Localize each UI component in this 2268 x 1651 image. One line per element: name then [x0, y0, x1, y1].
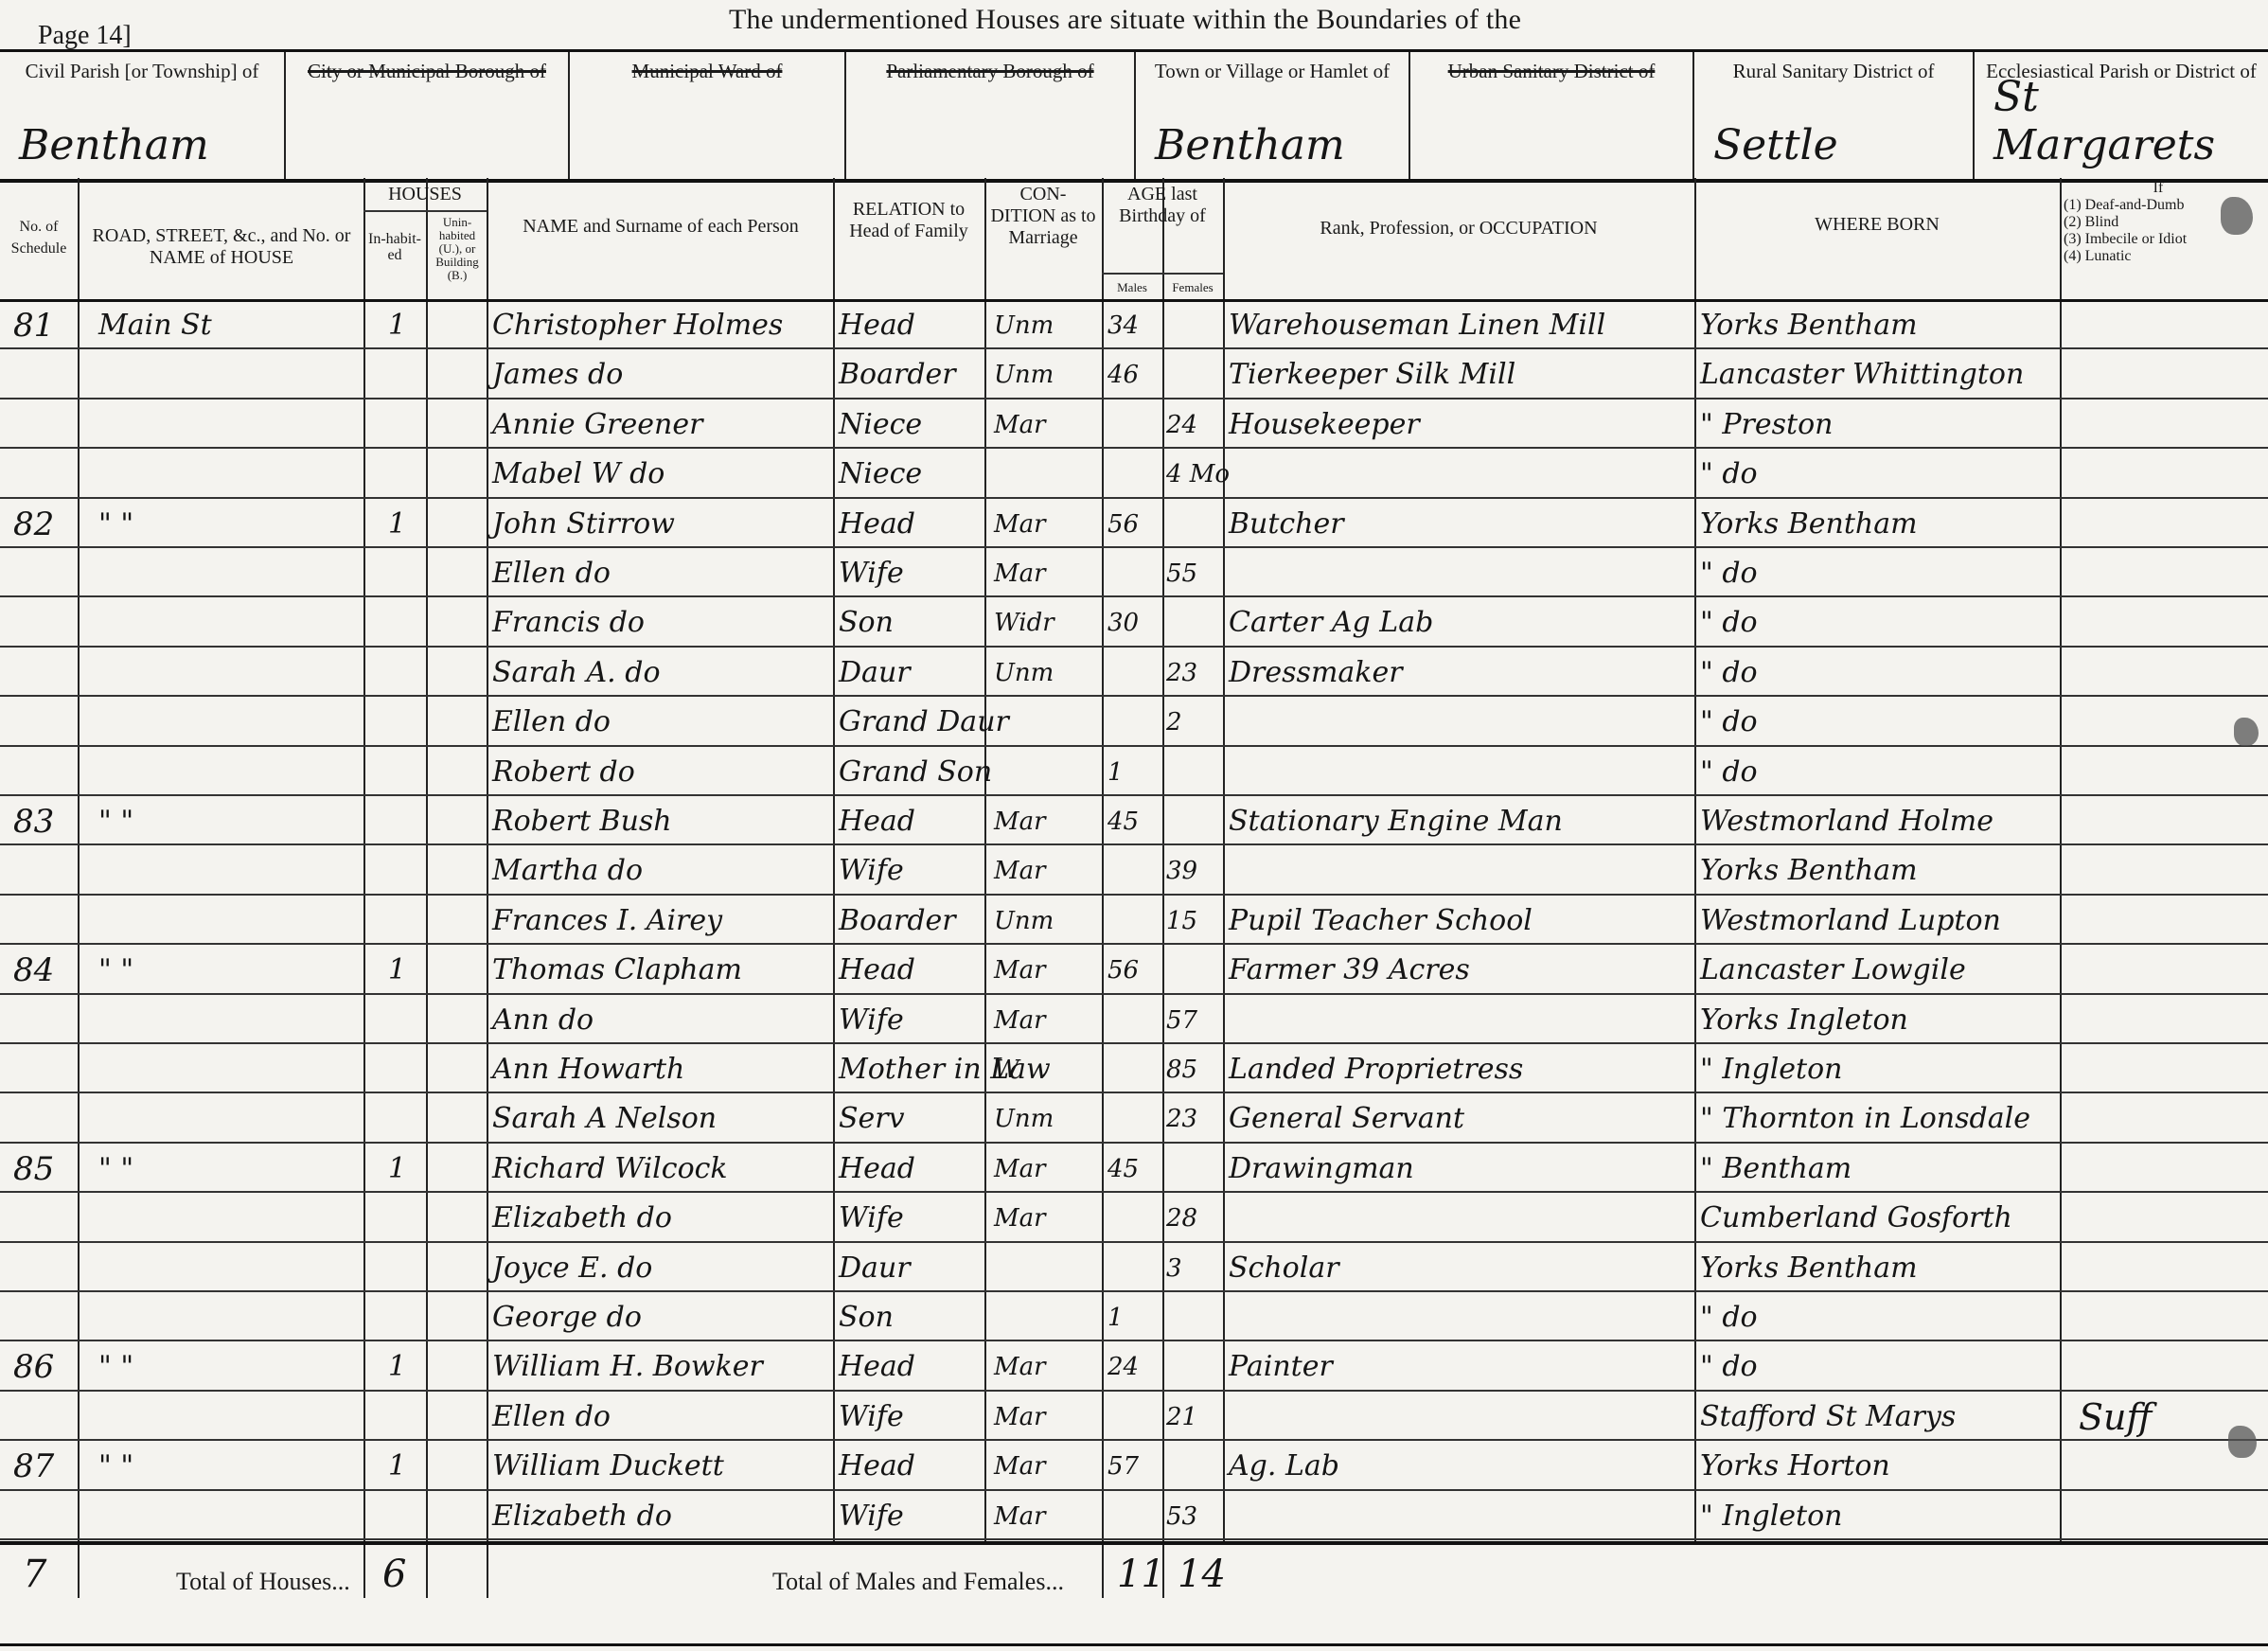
boundary-label: Civil Parish [or Township] of: [0, 60, 284, 82]
row-relation: Wife: [839, 1401, 904, 1433]
row-where-born: Yorks Ingleton: [1700, 1004, 1908, 1037]
table-row: Frances I. AireyBoarderUnm15Pupil Teache…: [0, 897, 2268, 947]
row-occupation: Landed Proprietress: [1229, 1054, 1523, 1086]
row-male-age: 1: [1107, 1302, 1124, 1334]
col-header-age: AGE last Birthday of: [1102, 184, 1223, 227]
row-condition: W: [994, 1054, 1019, 1086]
col-header-name: NAME and Surname of each Person: [492, 216, 829, 238]
boundary-parliamentary-borough: Parliamentary Borough of: [846, 52, 1136, 179]
row-male-age: 1: [1107, 756, 1124, 789]
row-where-born: Yorks Bentham: [1700, 855, 1918, 887]
row-name: William Duckett: [492, 1450, 724, 1482]
row-relation: Head: [839, 508, 915, 541]
table-row: 82" "1John StirrowHeadMar56ButcherYorks …: [0, 501, 2268, 550]
row-name: Elizabeth do: [492, 1500, 672, 1533]
row-male-age: 30: [1107, 607, 1139, 639]
row-rule: [0, 695, 2268, 697]
row-male-age: 57: [1107, 1450, 1139, 1482]
row-rule: [0, 595, 2268, 597]
infirmity-option: (3) Imbecile or Idiot: [2064, 231, 2253, 248]
row-relation: Boarder: [839, 359, 956, 391]
total-houses-label: Total of Houses...: [176, 1566, 350, 1598]
row-male-age: 24: [1107, 1351, 1139, 1383]
row-where-born: " do: [1700, 558, 1758, 590]
row-where-born: " do: [1700, 706, 1758, 738]
row-where-born: Yorks Bentham: [1700, 310, 1918, 342]
table-row: 83" "Robert BushHeadMar45Stationary Engi…: [0, 798, 2268, 847]
table-row: Ellen doWifeMar21Stafford St MarysSuff: [0, 1394, 2268, 1443]
table-row: James doBoarderUnm46Tierkeeper Silk Mill…: [0, 351, 2268, 400]
table-row: Ann HowarthMother in LawW85Landed Propri…: [0, 1046, 2268, 1095]
row-schedule: 81: [13, 310, 54, 342]
row-road: Main St: [98, 310, 212, 342]
row-relation: Son: [839, 607, 894, 639]
row-relation: Daur: [839, 657, 911, 689]
census-table: No. of Schedule ROAD, STREET, &c., and N…: [0, 178, 2268, 1598]
row-female-age: 15: [1166, 905, 1197, 937]
row-where-born: Westmorland Holme: [1700, 806, 1993, 838]
row-where-born: Lancaster Whittington: [1700, 359, 2024, 391]
row-relation: Daur: [839, 1252, 911, 1285]
totals-rule: [0, 1541, 2268, 1545]
row-occupation: Butcher: [1229, 508, 1344, 541]
row-where-born: " Preston: [1700, 409, 1833, 441]
row-name: Richard Wilcock: [492, 1153, 728, 1185]
row-rule: [0, 943, 2268, 945]
row-occupation: Tierkeeper Silk Mill: [1229, 359, 1515, 391]
row-name: George do: [492, 1302, 642, 1334]
col-header-condition: CON-DITION as to Marriage: [988, 184, 1098, 249]
page-label: Page 14]: [38, 21, 132, 51]
row-where-born: " Bentham: [1700, 1153, 1852, 1185]
ink-stain: [2228, 1426, 2257, 1458]
row-inhabited: 1: [388, 310, 406, 342]
row-name: Ann do: [492, 1004, 594, 1037]
boundary-label: Parliamentary Borough of: [846, 60, 1134, 82]
table-row: Sarah A. doDaurUnm23Dressmaker" do: [0, 649, 2268, 699]
row-male-age: 45: [1107, 806, 1139, 838]
row-female-age: 57: [1166, 1004, 1197, 1037]
table-row: Ann doWifeMar57Yorks Ingleton: [0, 997, 2268, 1046]
row-condition: Mar: [994, 954, 1046, 986]
row-relation: Head: [839, 1153, 915, 1185]
row-name: Christopher Holmes: [492, 310, 783, 342]
row-schedule: 82: [13, 508, 54, 541]
row-rule: [0, 1390, 2268, 1392]
boundary-municipal-ward: Municipal Ward of: [570, 52, 846, 179]
boundary-ecclesiastical: Ecclesiastical Parish or District of St …: [1975, 52, 2268, 179]
row-relation: Son: [839, 1302, 894, 1334]
row-male-age: 45: [1107, 1153, 1139, 1185]
row-rule: [0, 1538, 2268, 1540]
row-rule: [0, 1142, 2268, 1144]
row-where-born: Westmorland Lupton: [1700, 905, 2001, 937]
row-male-age: 56: [1107, 954, 1139, 986]
row-occupation: General Servant: [1229, 1103, 1464, 1135]
table-row: Martha doWifeMar39Yorks Bentham: [0, 847, 2268, 897]
row-name: William H. Bowker: [492, 1351, 763, 1383]
row-rule: [0, 447, 2268, 449]
table-row: 85" "1Richard WilcockHeadMar45Drawingman…: [0, 1145, 2268, 1195]
row-occupation: Ag. Lab: [1229, 1450, 1339, 1482]
row-condition: Mar: [994, 1351, 1046, 1383]
row-condition: Unm: [994, 359, 1054, 391]
row-where-born: " Ingleton: [1700, 1500, 1843, 1533]
row-condition: Unm: [994, 1103, 1054, 1135]
row-rule: [0, 794, 2268, 796]
row-road: " ": [98, 1450, 133, 1482]
row-male-age: 56: [1107, 508, 1139, 541]
row-rule: [0, 1340, 2268, 1341]
row-rule: [0, 1489, 2268, 1491]
row-where-born: " do: [1700, 458, 1758, 490]
total-females: 14: [1178, 1558, 1226, 1590]
row-inhabited: 1: [388, 1351, 406, 1383]
row-condition: Mar: [994, 1202, 1046, 1234]
total-persons-label: Total of Males and Females...: [772, 1566, 1064, 1598]
row-female-age: 21: [1166, 1401, 1197, 1433]
row-relation: Wife: [839, 558, 904, 590]
bottom-rule: [0, 1643, 2268, 1646]
row-male-age: 34: [1107, 310, 1139, 342]
col-header-occupation: Rank, Profession, or OCCUPATION: [1223, 218, 1694, 240]
table-row: Mabel W doNiece4 Mo" do: [0, 451, 2268, 500]
row-occupation: Dressmaker: [1229, 657, 1403, 689]
col-header-males: Males: [1102, 276, 1162, 298]
row-occupation: Housekeeper: [1229, 409, 1420, 441]
row-where-born: Lancaster Lowgile: [1700, 954, 1966, 986]
row-road: " ": [98, 1153, 133, 1185]
row-inhabited: 1: [388, 1153, 406, 1185]
row-condition: Mar: [994, 508, 1046, 541]
row-where-born: " do: [1700, 1351, 1758, 1383]
row-rule: [0, 1290, 2268, 1292]
row-condition: Mar: [994, 409, 1046, 441]
row-where-born: " do: [1700, 1302, 1758, 1334]
row-name: Joyce E. do: [492, 1252, 652, 1285]
row-relation: Grand Daur: [839, 706, 1009, 738]
row-relation: Wife: [839, 1500, 904, 1533]
row-where-born: " do: [1700, 756, 1758, 789]
row-relation: Head: [839, 1450, 915, 1482]
row-relation: Head: [839, 310, 915, 342]
row-name: John Stirrow: [492, 508, 675, 541]
page-heading: The undermentioned Houses are situate wi…: [729, 4, 1521, 36]
row-relation: Head: [839, 806, 915, 838]
row-name: Elizabeth do: [492, 1202, 672, 1234]
row-occupation: Farmer 39 Acres: [1229, 954, 1470, 986]
row-female-age: 23: [1166, 1103, 1197, 1135]
table-row: Annie GreenerNieceMar24Housekeeper" Pres…: [0, 401, 2268, 451]
row-relation: Head: [839, 954, 915, 986]
table-row: Joyce E. doDaur3ScholarYorks Bentham: [0, 1245, 2268, 1294]
row-condition: Mar: [994, 855, 1046, 887]
row-rule: [0, 546, 2268, 548]
row-schedule: 84: [13, 954, 54, 986]
row-name: Sarah A Nelson: [492, 1103, 717, 1135]
row-name: Francis do: [492, 607, 645, 639]
boundary-civil-parish: Civil Parish [or Township] of Bentham: [0, 52, 286, 179]
table-row: 81Main St1Christopher HolmesHeadUnm34War…: [0, 302, 2268, 351]
row-name: Frances I. Airey: [492, 905, 722, 937]
row-condition: Mar: [994, 558, 1046, 590]
row-female-age: 3: [1166, 1252, 1182, 1285]
row-where-born: Yorks Bentham: [1700, 1252, 1918, 1285]
row-name: Thomas Clapham: [492, 954, 742, 986]
row-rule: [0, 894, 2268, 896]
row-condition: Mar: [994, 806, 1046, 838]
row-rule: [0, 1191, 2268, 1193]
table-row: Ellen doWifeMar55" do: [0, 550, 2268, 599]
boundary-label: Municipal Ward of: [570, 60, 844, 82]
boundary-label: Town or Village or Hamlet of: [1136, 60, 1409, 82]
row-female-age: 2: [1166, 706, 1182, 738]
row-road: " ": [98, 954, 133, 986]
row-female-age: 55: [1166, 558, 1197, 590]
row-condition: Mar: [994, 1153, 1046, 1185]
table-row: Elizabeth doWifeMar53" Ingleton: [0, 1493, 2268, 1542]
boundary-value: St Margarets: [1993, 73, 2268, 169]
table-row: Ellen doGrand Daur2" do: [0, 699, 2268, 748]
row-female-age: 39: [1166, 855, 1197, 887]
row-inhabited: 1: [388, 954, 406, 986]
row-relation: Wife: [839, 1202, 904, 1234]
row-condition: Unm: [994, 310, 1054, 342]
total-males: 11: [1117, 1558, 1165, 1590]
boundary-value: Bentham: [1155, 121, 1345, 169]
row-occupation: Pupil Teacher School: [1229, 905, 1533, 937]
boundary-rural-sanitary: Rural Sanitary District of Settle: [1694, 52, 1975, 179]
row-occupation: Warehouseman Linen Mill: [1229, 310, 1605, 342]
row-female-age: 4 Mo: [1166, 458, 1230, 490]
row-condition: Mar: [994, 1500, 1046, 1533]
row-name: Martha do: [492, 855, 643, 887]
row-occupation: Drawingman: [1229, 1153, 1414, 1185]
row-rule: [0, 1042, 2268, 1044]
row-inhabited: 1: [388, 508, 406, 541]
age-rule: [1102, 273, 1223, 275]
row-schedule: 85: [13, 1153, 54, 1185]
row-relation: Wife: [839, 1004, 904, 1037]
row-relation: Niece: [839, 458, 922, 490]
table-row: Elizabeth doWifeMar28Cumberland Gosforth: [0, 1195, 2268, 1244]
infirmity-option: (4) Lunatic: [2064, 248, 2253, 265]
row-condition: Widr: [994, 607, 1054, 639]
boundary-urban-sanitary: Urban Sanitary District of: [1410, 52, 1694, 179]
houses-rule: [363, 210, 487, 212]
ink-stain: [2234, 718, 2259, 746]
row-rule: [0, 745, 2268, 747]
row-occupation: Scholar: [1229, 1252, 1339, 1285]
row-rule: [0, 347, 2268, 349]
row-road: " ": [98, 806, 133, 838]
row-female-age: 24: [1166, 409, 1197, 441]
total-schedules: 7: [23, 1558, 46, 1590]
row-rule: [0, 497, 2268, 499]
row-name: Robert Bush: [492, 806, 672, 838]
row-female-age: 28: [1166, 1202, 1197, 1234]
row-female-age: 85: [1166, 1054, 1197, 1086]
row-where-born: Yorks Horton: [1700, 1450, 1890, 1482]
row-name: Sarah A. do: [492, 657, 661, 689]
row-name: Ann Howarth: [492, 1054, 684, 1086]
row-occupation: Stationary Engine Man: [1229, 806, 1563, 838]
row-rule: [0, 1439, 2268, 1441]
row-rule: [0, 646, 2268, 648]
row-road: " ": [98, 1351, 133, 1383]
row-name: Ellen do: [492, 706, 611, 738]
row-rule: [0, 993, 2268, 995]
row-name: James do: [492, 359, 623, 391]
row-name: Robert do: [492, 756, 635, 789]
row-name: Ellen do: [492, 558, 611, 590]
col-header-females: Females: [1162, 276, 1223, 298]
col-header-road: ROAD, STREET, &c., and No. or NAME of HO…: [81, 225, 362, 269]
row-relation: Grand Son: [839, 756, 992, 789]
row-occupation: Carter Ag Lab: [1229, 607, 1433, 639]
row-name: Annie Greener: [492, 409, 702, 441]
row-schedule: 87: [13, 1450, 54, 1482]
boundary-label: City or Municipal Borough of: [286, 60, 568, 82]
row-rule: [0, 398, 2268, 399]
row-where-born: Yorks Bentham: [1700, 508, 1918, 541]
row-male-age: 46: [1107, 359, 1139, 391]
row-condition: Mar: [994, 1004, 1046, 1037]
boundary-town-village: Town or Village or Hamlet of Bentham: [1136, 52, 1410, 179]
row-where-born: " Thornton in Lonsdale: [1700, 1103, 2030, 1135]
row-schedule: 83: [13, 806, 54, 838]
boundaries-header: Civil Parish [or Township] of Bentham Ci…: [0, 49, 2268, 183]
row-schedule: 86: [13, 1351, 54, 1383]
row-condition: Mar: [994, 1401, 1046, 1433]
col-header-houses: HOUSES: [363, 184, 487, 205]
row-rule: [0, 1092, 2268, 1093]
infirmity-if: If: [2064, 180, 2253, 197]
row-name: Ellen do: [492, 1401, 611, 1433]
row-female-age: 53: [1166, 1500, 1197, 1533]
row-condition: Mar: [994, 1450, 1046, 1482]
boundary-label: Rural Sanitary District of: [1694, 60, 1973, 82]
row-female-age: 23: [1166, 657, 1197, 689]
table-row: Robert doGrand Son1" do: [0, 749, 2268, 798]
row-rule: [0, 1241, 2268, 1243]
boundary-value: Settle: [1713, 121, 1838, 169]
col-header-where-born: WHERE BORN: [1694, 214, 2060, 236]
row-occupation: Painter: [1229, 1351, 1333, 1383]
row-relation: Boarder: [839, 905, 956, 937]
row-inhabited: 1: [388, 1450, 406, 1482]
table-row: George doSon1" do: [0, 1294, 2268, 1343]
row-relation: Serv: [839, 1103, 905, 1135]
table-row: Francis doSonWidr30Carter Ag Lab" do: [0, 599, 2268, 648]
row-name: Mabel W do: [492, 458, 664, 490]
row-relation: Wife: [839, 855, 904, 887]
table-row: 87" "1William DuckettHeadMar57Ag. LabYor…: [0, 1443, 2268, 1492]
boundary-label: Urban Sanitary District of: [1410, 60, 1692, 82]
total-houses-value: 6: [382, 1558, 406, 1590]
col-header-uninhabited: Unin-habited (U.), or Building (B.): [428, 216, 487, 282]
col-header-schedule: No. of Schedule: [0, 216, 78, 259]
ink-stain: [2221, 197, 2253, 235]
row-relation: Head: [839, 1351, 915, 1383]
row-where-born: " do: [1700, 607, 1758, 639]
row-condition: Unm: [994, 657, 1054, 689]
table-row: 86" "1William H. BowkerHeadMar24Painter"…: [0, 1343, 2268, 1393]
row-relation: Niece: [839, 409, 922, 441]
col-header-relation: RELATION to Head of Family: [833, 199, 984, 242]
col-header-inhabited: In-habit-ed: [365, 231, 424, 263]
boundary-value: Bentham: [19, 121, 209, 169]
row-where-born: Cumberland Gosforth: [1700, 1202, 2012, 1234]
table-row: 84" "1Thomas ClaphamHeadMar56Farmer 39 A…: [0, 947, 2268, 996]
row-infirmity: Suff: [2079, 1401, 2152, 1433]
row-condition: Unm: [994, 905, 1054, 937]
table-row: Sarah A NelsonServUnm23General Servant" …: [0, 1095, 2268, 1145]
row-where-born: " Ingleton: [1700, 1054, 1843, 1086]
row-road: " ": [98, 508, 133, 541]
row-rule: [0, 843, 2268, 845]
row-where-born: " do: [1700, 657, 1758, 689]
row-where-born: Stafford St Marys: [1700, 1401, 1956, 1433]
boundary-municipal-borough: City or Municipal Borough of: [286, 52, 570, 179]
